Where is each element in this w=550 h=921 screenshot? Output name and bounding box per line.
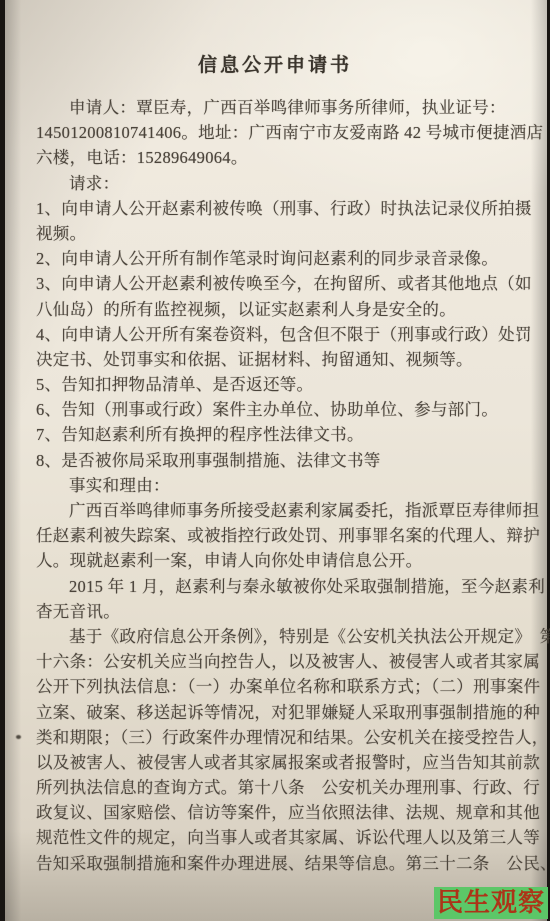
document-body: 申请人：覃臣寿，广西百举鸣律师事务所律师，执业证号：14501200810741… <box>36 95 518 876</box>
document-line: 2015 年 1 月，赵素利与秦永敏被你处采取强制措施，至今赵素利 <box>36 574 518 599</box>
document-title: 信息公开申请书 <box>0 50 550 77</box>
document-line: 人。现就赵素利一案，申请人向你处申请信息公开。 <box>36 548 518 573</box>
document-line: 1、向申请人公开赵素利被传唤（刑事、行政）时执法记录仪所拍摄 <box>36 196 518 221</box>
document-line: 六楼，电话：15289649064。 <box>36 145 518 170</box>
document-line: 公开下列执法信息：（一）办案单位名称和联系方式；（二）刑事案件 <box>36 674 518 699</box>
watermark-minsheng-guancha: 民生观察 <box>434 887 548 919</box>
photo-of-document: { "document": { "title": "信息公开申请书", "lin… <box>0 0 550 921</box>
document-line: 请求： <box>36 171 518 196</box>
document-line: 申请人：覃臣寿，广西百举鸣律师事务所律师，执业证号： <box>36 95 518 120</box>
document-line: 政复议、国家赔偿、信访等案件，应当依照法律、法规、规章和其他 <box>36 800 518 825</box>
document-line: 14501200810741406。地址：广西南宁市友爱南路 42 号城市便捷酒… <box>36 120 518 145</box>
document-line: 告知采取强制措施和案件办理进展、结果等信息。第三十二条 公民、 <box>36 851 518 876</box>
document-line: 规范性文件的规定，向当事人或者其家属、诉讼代理人以及第三人等 <box>36 825 518 850</box>
document-line: 杳无音讯。 <box>36 599 518 624</box>
document-line: 所列执法信息的查询方式。第十八条 公安机关办理刑事、行政、行 <box>36 775 518 800</box>
document-line: 5、告知扣押物品清单、是否返还等。 <box>36 372 518 397</box>
document-line: 八仙岛）的所有监控视频，以证实赵素利人身是安全的。 <box>36 297 518 322</box>
document-line: 3、向申请人公开赵素利被传唤至今，在拘留所、或者其他地点（如 <box>36 271 518 296</box>
document-line: 以及被害人、被侵害人或者其家属报案或者报警时，应当告知其前款 <box>36 750 518 775</box>
paper-speck <box>16 735 21 739</box>
document-line: 8、是否被你局采取刑事强制措施、法律文书等 <box>36 448 518 473</box>
document-line: 视频。 <box>36 221 518 246</box>
document-line: 十六条：公安机关应当向控告人，以及被害人、被侵害人或者其家属 <box>36 649 518 674</box>
document-line: 7、告知赵素利所有换押的程序性法律文书。 <box>36 422 518 447</box>
document-line: 立案、破案、移送起诉等情况，对犯罪嫌疑人采取刑事强制措施的种 <box>36 700 518 725</box>
document-line: 基于《政府信息公开条例》，特别是《公安机关执法公开规定》 第 <box>36 624 518 649</box>
document-line: 事实和理由： <box>36 473 518 498</box>
document-line: 2、向申请人公开所有制作笔录时询问赵素利的同步录音录像。 <box>36 246 518 271</box>
document-line: 广西百举鸣律师事务所接受赵素利家属委托，指派覃臣寿律师担 <box>36 498 518 523</box>
document-line: 任赵素利被失踪案、或被指控行政处罚、刑事罪名案的代理人、辩护 <box>36 523 518 548</box>
document-line: 类和期限；（三）行政案件办理情况和结果。公安机关在接受控告人， <box>36 725 518 750</box>
document-line: 6、告知（刑事或行政）案件主办单位、协助单位、参与部门。 <box>36 397 518 422</box>
document-line: 4、向申请人公开所有案卷资料，包含但不限于（刑事或行政）处罚 <box>36 322 518 347</box>
document-line: 决定书、处罚事实和依据、证据材料、拘留通知、视频等。 <box>36 347 518 372</box>
